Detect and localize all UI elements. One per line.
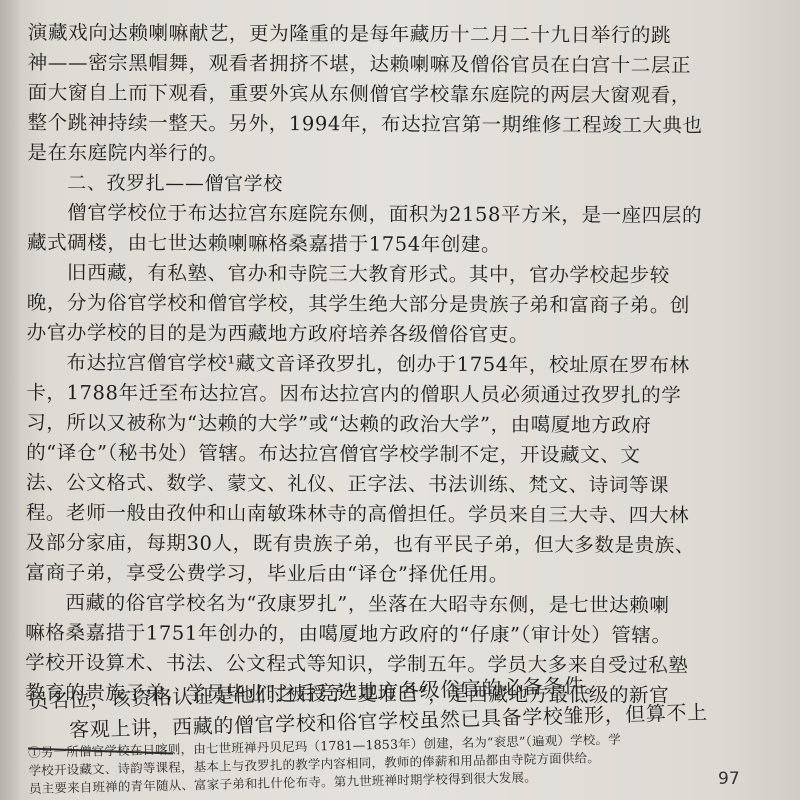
text-line: 西藏的俗官学校名为“孜康罗扎”，坐落在大昭寺东侧，是七世达赖喇 <box>25 588 725 621</box>
text-line: 面大窗自上而下观看，重要外宾从东侧僧官学校靠东庭院的两层大窗观看， <box>28 78 728 111</box>
text-line: 僧官学校位于布达拉宫东庭院东侧，面积为2158平方米，是一座四层的 <box>27 198 727 231</box>
text-line: 办官办学校的目的是为西藏地方政府培养各级僧俗官吏。 <box>27 318 727 351</box>
text-line: 及部分家庙，每期30人，既有贵族子弟，也有平民子弟，但大多数是贵族、 <box>26 528 726 561</box>
text-line: 晚，分为俗官学校和僧官学校，其学生绝大部分是贵族子弟和富商子弟。创 <box>27 288 727 321</box>
text-line: 富商子弟，享受公费学习，毕业后由“译仓”择优任用。 <box>26 558 726 591</box>
text-line: 布达拉宫僧官学校¹藏文音译孜罗扎，创办于1754年，校址原在罗布林 <box>26 348 726 381</box>
text-line: 卡，1788年迁至布达拉宫。因布达拉宫内的僧职人员必须通过孜罗扎的学 <box>26 378 726 411</box>
book-page: 演藏戏向达赖喇嘛献艺，更为隆重的是每年藏历十二月二十九日举行的跳 神——密宗黑帽… <box>0 0 800 800</box>
text-line: 法、公文格式、数学、蒙文、礼仪、正字法、书法训练、梵文、诗词等课 <box>26 468 726 501</box>
section-heading: 二、孜罗扎——僧官学校 <box>27 168 727 201</box>
text-line: 程。老师一般由孜仲和山南敏珠林寺的高僧担任。学员来自三大寺、四大林 <box>26 498 726 531</box>
text-line: 的“译仓”（秘书处）管辖。布达拉宫僧官学校学制不定，开设藏文、文 <box>26 438 726 471</box>
text-line: 藏式碉楼，由七世达赖喇嘛格桑嘉措于1754年创建。 <box>27 228 727 261</box>
text-line: 演藏戏向达赖喇嘛献艺，更为隆重的是每年藏历十二月二十九日举行的跳 <box>28 18 728 51</box>
main-body-text: 演藏戏向达赖喇嘛献艺，更为隆重的是每年藏历十二月二十九日举行的跳 神——密宗黑帽… <box>25 18 728 711</box>
text-line: 旧西藏，有私塾、官办和寺院三大教育形式。其中，官办学校起步较 <box>27 258 727 291</box>
text-line: 神——密宗黑帽舞，观看者拥挤不堪，达赖喇嘛及僧俗官员在白宫十二层正 <box>28 48 728 81</box>
text-line: 嘛格桑嘉措于1751年创办的，由噶厦地方政府的“仔康”（审计处）管辖。 <box>25 618 725 651</box>
text-line: 是在东庭院内举行的。 <box>27 138 727 171</box>
page-gutter-shadow <box>0 0 22 800</box>
text-line: 整个跳神持续一整天。另外，1994年，布达拉宫第一期维修工程竣工大典也 <box>27 108 727 141</box>
page-number: 97 <box>718 769 740 789</box>
text-line: 习，所以又被称为“达赖的大学”或“达赖的政治大学”，由噶厦地方政府 <box>26 408 726 441</box>
